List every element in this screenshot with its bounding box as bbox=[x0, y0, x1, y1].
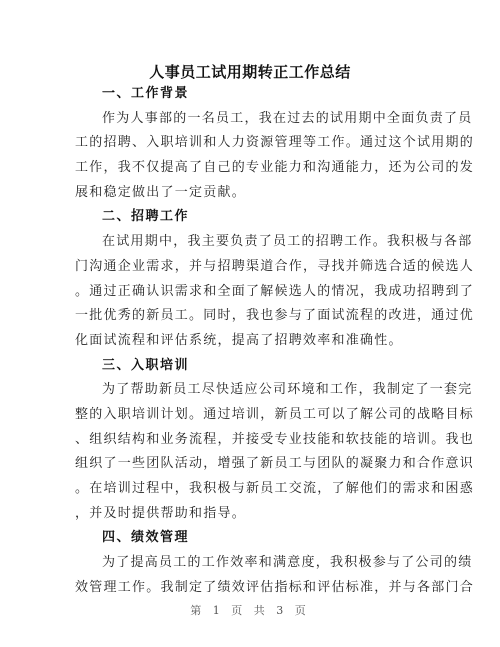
paragraph-line: 在试用期中，我主要负责了员工的招聘工作。我积极与各部 bbox=[75, 230, 417, 255]
section-heading-performance-management: 四、绩效管理 bbox=[75, 526, 417, 551]
document-page: 人事员工试用期转正工作总结 一、工作背景 作为人事部的一名员工，我在过去的试用期… bbox=[0, 0, 500, 647]
paragraph-line: 、组织结构和业务流程，并接受专业技能和软技能的培训。我也 bbox=[75, 428, 417, 453]
document-body: 一、工作背景 作为人事部的一名员工，我在过去的试用期中全面负责了员 工的招聘、入… bbox=[75, 82, 417, 600]
paragraph-line: 作为人事部的一名员工，我在过去的试用期中全面负责了员 bbox=[75, 107, 417, 132]
paragraph-line: 为了帮助新员工尽快适应公司环境和工作，我制定了一套完 bbox=[75, 378, 417, 403]
paragraph-line: 门沟通企业需求，并与招聘渠道合作，寻找并筛选合适的候选人 bbox=[75, 255, 417, 280]
section-heading-onboarding-training: 三、入职培训 bbox=[75, 354, 417, 379]
page-number-footer: 第 1 页 共 3 页 bbox=[0, 602, 500, 620]
paragraph-line: 为了提高员工的工作效率和满意度，我积极参与了公司的绩 bbox=[75, 551, 417, 576]
section-heading-recruitment: 二、招聘工作 bbox=[75, 205, 417, 230]
paragraph-line: 工的招聘、入职培训和人力资源管理等工作。通过这个试用期的 bbox=[75, 131, 417, 156]
paragraph-line: 工作，我不仅提高了自己的专业能力和沟通能力，还为公司的发 bbox=[75, 156, 417, 181]
paragraph-line: 。在培训过程中，我积极与新员工交流，了解他们的需求和困惑 bbox=[75, 477, 417, 502]
paragraph-line: ，并及时提供帮助和指导。 bbox=[75, 502, 417, 527]
paragraph-line: 整的入职培训计划。通过培训，新员工可以了解公司的战略目标 bbox=[75, 403, 417, 428]
document-title: 人事员工试用期转正工作总结 bbox=[0, 62, 500, 82]
paragraph-line: 效管理工作。我制定了绩效评估指标和评估标准，并与各部门合 bbox=[75, 576, 417, 601]
paragraph-line: 展和稳定做出了一定贡献。 bbox=[75, 181, 417, 206]
paragraph-line: 一批优秀的新员工。同时，我也参与了面试流程的改进，通过优 bbox=[75, 304, 417, 329]
section-heading-work-background: 一、工作背景 bbox=[75, 82, 417, 107]
paragraph-line: 组织了一些团队活动，增强了新员工与团队的凝聚力和合作意识 bbox=[75, 452, 417, 477]
paragraph-line: 化面试流程和评估系统，提高了招聘效率和准确性。 bbox=[75, 329, 417, 354]
paragraph-line: 。通过正确认识需求和全面了解候选人的情况，我成功招聘到了 bbox=[75, 280, 417, 305]
